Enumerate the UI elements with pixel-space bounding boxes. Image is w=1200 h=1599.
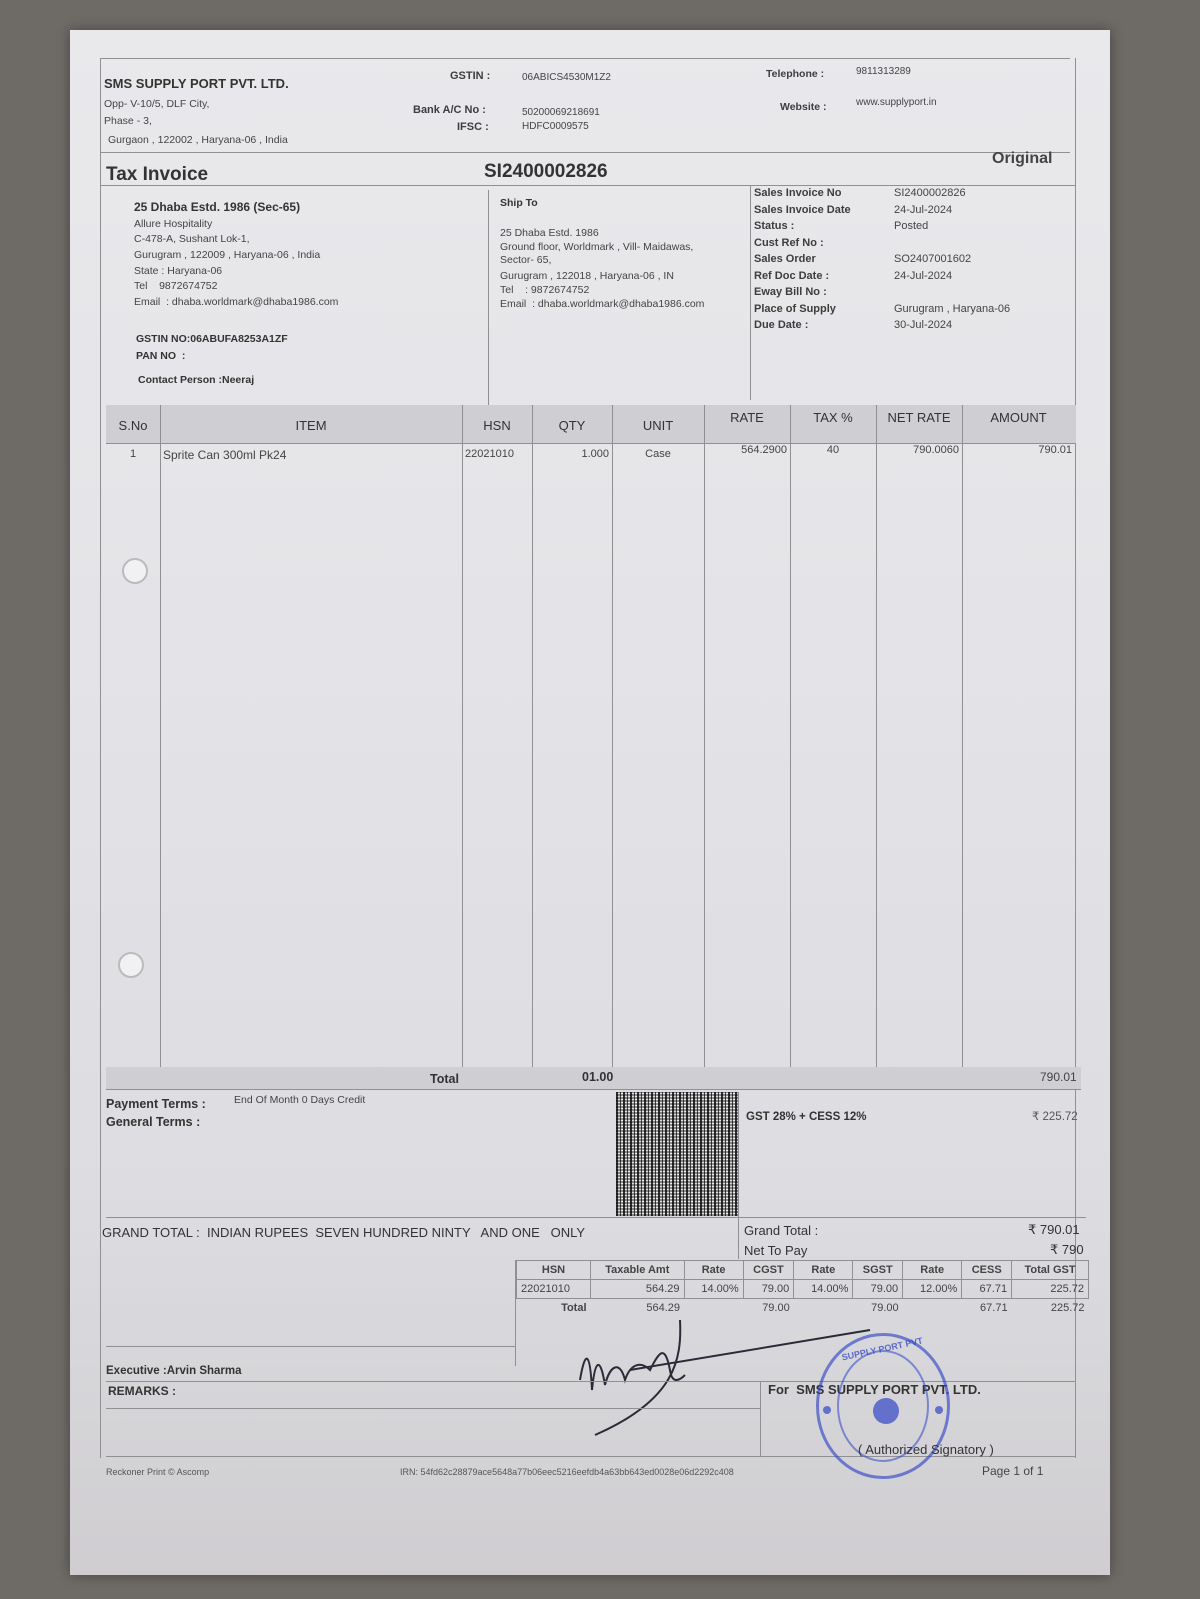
telephone-value: 9811313289 (856, 66, 911, 77)
table-cell: 22021010 (465, 448, 529, 460)
hsn-cell: 22021010 (517, 1280, 591, 1299)
meta-value: 24-Jul-2024 (894, 270, 952, 282)
hsn-cell: 79.00 (743, 1280, 794, 1299)
bill-to-contact: Contact Person :Neeraj (138, 374, 254, 386)
authorized-signatory: ( Authorized Signatory ) (858, 1442, 994, 1457)
bill-to-line: Gurugram , 122009 , Haryana-06 , India (134, 249, 320, 261)
meta-row: Status :Posted (754, 220, 1074, 236)
meta-label: Due Date : (754, 319, 808, 331)
meta-label: Status : (754, 220, 794, 232)
tax-summary-value: ₹ 225.72 (1032, 1109, 1078, 1123)
e-invoice-qr-code (616, 1092, 738, 1216)
column-header: UNIT (612, 418, 704, 433)
hsn-row: HSNTaxable AmtRateCGSTRateSGSTRateCESSTo… (517, 1261, 1089, 1280)
table-cell: 790.01 (965, 444, 1072, 456)
table-cell: 40 (793, 444, 873, 456)
meta-label: Ref Doc Date : (754, 270, 829, 282)
gstin-value: 06ABICS4530M1Z2 (522, 72, 611, 83)
payment-terms-value: End Of Month 0 Days Credit (234, 1094, 365, 1106)
column-header: RATE (704, 410, 790, 425)
meta-label: Place of Supply (754, 303, 836, 315)
items-total-label: Total (430, 1072, 459, 1086)
meta-label: Eway Bill No : (754, 286, 827, 298)
hsn-cell: 14.00% (684, 1280, 743, 1299)
column-header: S.No (106, 418, 160, 433)
bill-to-gstin: GSTIN NO:06ABUFA8253A1ZF (136, 333, 288, 345)
column-header: TAX % (790, 410, 876, 425)
ship-to-email[interactable]: Email : dhaba.worldmark@dhaba1986.com (500, 298, 704, 310)
hsn-tax-table: HSNTaxable AmtRateCGSTRateSGSTRateCESSTo… (516, 1260, 1089, 1317)
website-label: Website : (780, 101, 826, 113)
meta-row: Sales Invoice NoSI2400002826 (754, 187, 1074, 203)
telephone-label: Telephone : (766, 68, 824, 80)
meta-value: 24-Jul-2024 (894, 204, 952, 216)
column-header: NET RATE (876, 410, 962, 425)
hsn-cell (903, 1299, 962, 1318)
hsn-cell: 67.71 (962, 1280, 1012, 1299)
hsn-cell: Rate (684, 1261, 743, 1280)
payment-terms-label: Payment Terms : (106, 1097, 206, 1111)
hsn-cell: 67.71 (962, 1299, 1012, 1318)
meta-value: Gurugram , Haryana-06 (894, 303, 1010, 315)
ship-to-line: 25 Dhaba Estd. 1986 (500, 227, 599, 239)
hsn-cell: HSN (517, 1261, 591, 1280)
table-cell: Sprite Can 300ml Pk24 (163, 448, 459, 462)
hsn-cell: Rate (903, 1261, 962, 1280)
meta-value: SO2407001602 (894, 253, 971, 265)
ship-to-heading: Ship To (500, 197, 538, 209)
invoice-paper: SMS SUPPLY PORT PVT. LTD. Opp- V-10/5, D… (70, 30, 1110, 1575)
hsn-cell: CESS (962, 1261, 1012, 1280)
hsn-cell: 79.00 (853, 1280, 903, 1299)
page-number: Page 1 of 1 (982, 1464, 1043, 1478)
hsn-cell: CGST (743, 1261, 794, 1280)
gstin-label: GSTIN : (450, 70, 490, 82)
items-total-amount: 790.01 (1040, 1070, 1077, 1084)
bill-to-line: State : Haryana-06 (134, 265, 222, 277)
hsn-cell: SGST (853, 1261, 903, 1280)
hsn-row: 22021010564.2914.00%79.0014.00%79.0012.0… (517, 1280, 1089, 1299)
net-to-pay-label: Net To Pay (744, 1243, 807, 1258)
seller-name: SMS SUPPLY PORT PVT. LTD. (104, 76, 289, 91)
table-cell: 564.2900 (707, 444, 787, 456)
column-header: AMOUNT (962, 410, 1075, 425)
bill-to-line: Allure Hospitality (134, 218, 212, 230)
hsn-cell: 564.29 (591, 1280, 685, 1299)
hsn-cell: 14.00% (794, 1280, 853, 1299)
meta-value: 30-Jul-2024 (894, 319, 952, 331)
column-header: ITEM (160, 418, 462, 433)
meta-row: Place of SupplyGurugram , Haryana-06 (754, 303, 1074, 319)
doc-number: SI2400002826 (484, 161, 608, 183)
hsn-cell: 12.00% (903, 1280, 962, 1299)
ship-to-line: Ground floor, Worldmark , Vill- Maidawas… (500, 241, 693, 253)
general-terms-label: General Terms : (106, 1115, 200, 1129)
meta-label: Sales Invoice No (754, 187, 841, 199)
meta-row: Sales Invoice Date24-Jul-2024 (754, 204, 1074, 220)
seller-address-1: Opp- V-10/5, DLF City, (104, 98, 209, 110)
meta-label: Sales Invoice Date (754, 204, 851, 216)
ifsc-label: IFSC : (457, 121, 489, 133)
meta-value: Posted (894, 220, 928, 232)
ship-to-line: Sector- 65, (500, 254, 551, 266)
irn: IRN: 54fd62c28879ace5648a77b06eec5216eef… (400, 1467, 734, 1477)
meta-row: Ref Doc Date :24-Jul-2024 (754, 270, 1074, 286)
hsn-cell: Rate (794, 1261, 853, 1280)
bill-to-line: C-478-A, Sushant Lok-1, (134, 233, 250, 245)
ship-to-line: Gurugram , 122018 , Haryana-06 , IN (500, 270, 674, 282)
seller-address-3: Gurgaon , 122002 , Haryana-06 , India (108, 134, 288, 146)
punch-hole (122, 558, 148, 584)
meta-row: Cust Ref No : (754, 237, 1074, 253)
meta-value: SI2400002826 (894, 187, 966, 199)
bill-to-line: Tel 9872674752 (134, 280, 218, 292)
meta-label: Cust Ref No : (754, 237, 824, 249)
grand-total-value: ₹ 790.01 (1028, 1222, 1080, 1238)
punch-hole (118, 952, 144, 978)
remarks-label: REMARKS : (108, 1384, 176, 1398)
website-link[interactable]: www.supplyport.in (856, 97, 937, 108)
meta-row: Due Date :30-Jul-2024 (754, 319, 1074, 335)
net-to-pay-value: ₹ 790 (1050, 1242, 1084, 1258)
grand-total-label: Grand Total : (744, 1223, 818, 1238)
grand-total-words: GRAND TOTAL : INDIAN RUPEES SEVEN HUNDRE… (102, 1225, 585, 1240)
tax-summary-label: GST 28% + CESS 12% (746, 1111, 867, 1123)
doc-copy: Original (992, 150, 1052, 168)
table-cell: 790.0060 (879, 444, 959, 456)
ifsc-value: HDFC0009575 (522, 121, 589, 132)
column-header: QTY (532, 418, 612, 433)
column-header: HSN (462, 418, 532, 433)
doc-title: Tax Invoice (106, 164, 208, 186)
table-cell: 1.000 (535, 448, 609, 460)
hsn-cell: 225.72 (1012, 1299, 1089, 1318)
print-credit: Reckoner Print © Ascomp (106, 1467, 209, 1477)
hsn-cell: Total GST (1012, 1261, 1089, 1280)
bank-label: Bank A/C No : (413, 104, 486, 116)
hsn-cell: 225.72 (1012, 1280, 1089, 1299)
bill-to-pan: PAN NO : (136, 350, 185, 362)
bank-value: 50200069218691 (522, 107, 600, 118)
table-cell: 1 (109, 448, 157, 460)
table-cell: Case (615, 448, 701, 460)
executive: Executive :Arvin Sharma (106, 1365, 242, 1377)
bill-to-name: 25 Dhaba Estd. 1986 (Sec-65) (134, 200, 300, 214)
ship-to-line: Tel : 9872674752 (500, 284, 589, 296)
meta-label: Sales Order (754, 253, 816, 265)
seller-address-2: Phase - 3, (104, 115, 152, 127)
meta-row: Eway Bill No : (754, 286, 1074, 302)
hsn-cell: Taxable Amt (591, 1261, 685, 1280)
items-total-qty: 01.00 (582, 1070, 613, 1084)
meta-row: Sales OrderSO2407001602 (754, 253, 1074, 269)
company-stamp: SUPPLY PORT PVT (816, 1333, 950, 1479)
bill-to-email[interactable]: Email : dhaba.worldmark@dhaba1986.com (134, 296, 338, 308)
